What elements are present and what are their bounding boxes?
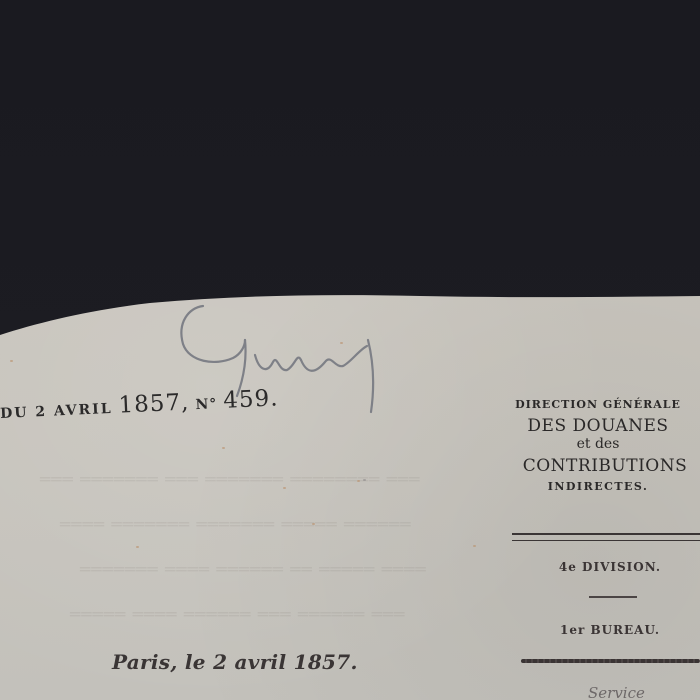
administration-block: DIRECTION GÉNÉRALE DES DOUANES et des CO… [496, 398, 700, 493]
document-page: ═══ ═══════ ═══ ═══════ ════════ ═══ ═══… [0, 0, 700, 700]
admin-line-et-des: et des [496, 436, 700, 452]
paper-speck [363, 479, 366, 481]
dateline: Paris, le 2 avril 1857. [112, 650, 358, 674]
paper-speck [473, 545, 476, 547]
paper-speck [136, 546, 139, 548]
admin-line-indirectes: INDIRECTES. [496, 480, 700, 493]
show-through-text: ════ ═══════ ═══════ ═════ ══════ [60, 515, 411, 535]
header-number-label: N° [195, 396, 218, 413]
division-label: 4e DIVISION. [520, 560, 700, 574]
paper-speck [283, 487, 286, 489]
header-number: 459. [223, 385, 279, 413]
header-year: 1857, [118, 389, 190, 418]
header-date-prefix: DU 2 AVRIL [0, 401, 113, 422]
show-through-text: ═════ ════ ══════ ═══ ══════ ═══ [70, 605, 405, 625]
paper-speck [312, 523, 315, 525]
wavy-rule-divider [521, 659, 700, 663]
bureau-label: 1er BUREAU. [520, 623, 700, 637]
paper-speck [222, 447, 225, 449]
paper-speck [357, 480, 360, 482]
admin-line-douanes: DES DOUANES [496, 416, 700, 436]
double-rule-divider [512, 533, 700, 541]
admin-line-contributions: CONTRIBUTIONS [510, 456, 700, 476]
short-rule-divider [589, 596, 637, 598]
service-label-partial: Service [588, 684, 645, 700]
paper-speck [10, 360, 13, 362]
show-through-text: ═══════ ════ ══════ ══ ═════ ════ [80, 560, 427, 580]
admin-line-direction: DIRECTION GÉNÉRALE [496, 398, 700, 411]
photo-scene: ═══ ═══════ ═══ ═══════ ════════ ═══ ═══… [0, 0, 700, 700]
